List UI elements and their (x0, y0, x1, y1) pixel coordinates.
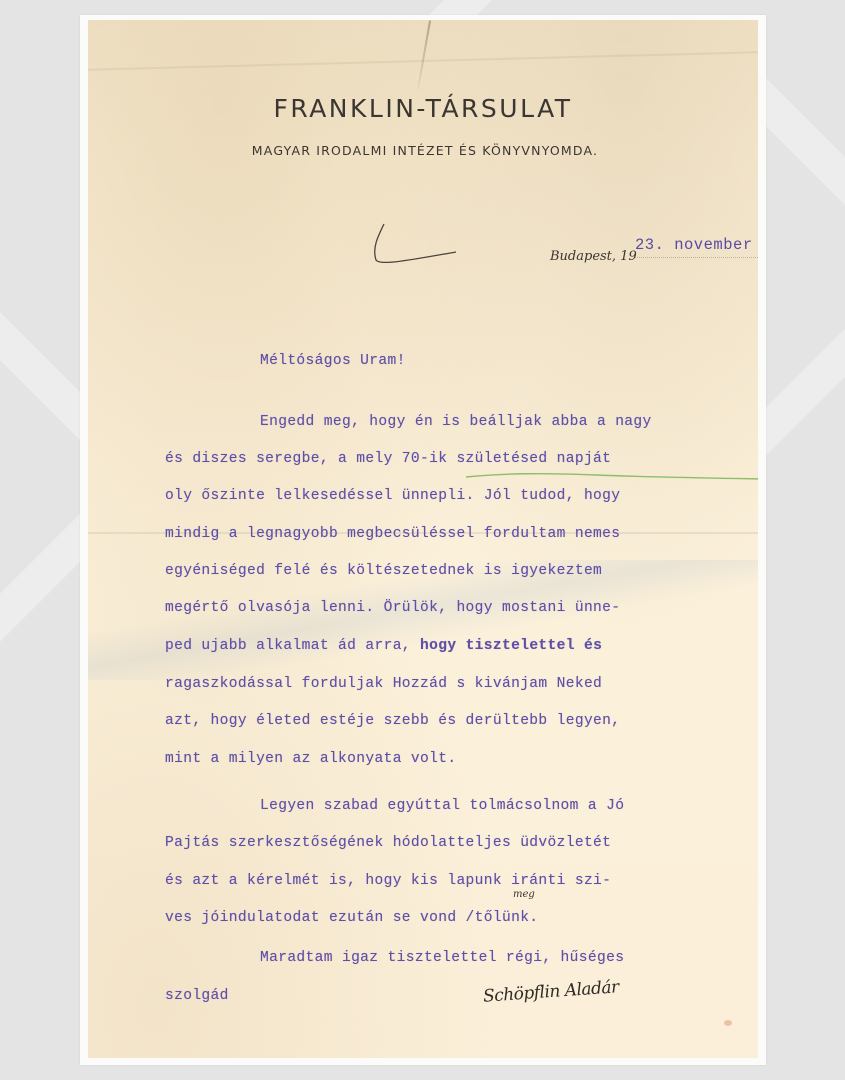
dateline-date: 23. november 5. (635, 236, 758, 254)
letterhead-subtitle: MAGYAR IRODALMI INTÉZET ÉS KÖNYVNYOMDA. (88, 143, 758, 158)
letter-line-6: megértő olvasója lenni. Örülök, hogy mos… (165, 600, 755, 616)
green-underline (466, 472, 758, 480)
letter-line-7: ped ujabb alkalmat ád arra, hogy tisztel… (165, 638, 755, 654)
closing-signoff: szolgád (165, 988, 755, 1004)
paper-stain (724, 1020, 732, 1026)
letter-line-1: Engedd meg, hogy én is beálljak abba a n… (260, 414, 758, 430)
letter-line-14: ves jóindulatodat ezután se vond /tőlünk… (165, 910, 755, 926)
letter-line-3: oly őszinte lelkesedéssel ünnepli. Jól t… (165, 488, 755, 504)
letter-line-5: egyéniséged felé és költészetednek is ig… (165, 563, 755, 579)
letter-line-4: mindig a legnagyobb megbecsüléssel fordu… (165, 526, 755, 542)
dateline-place: Budapest, 19 (550, 249, 637, 264)
letter-line-7-bold: hogy tisztelettel és (411, 638, 602, 654)
letter-paper: FRANKLIN-TÁRSULAT MAGYAR IRODALMI INTÉZE… (88, 20, 758, 1058)
paper-tear (417, 20, 431, 89)
dateline-dotted-rule (635, 257, 758, 258)
handwritten-insertion: meg (513, 889, 535, 900)
letterhead-title: FRANKLIN-TÁRSULAT (88, 94, 758, 123)
salutation: Méltóságos Uram! (260, 353, 758, 369)
dateline: Budapest, 19 23. november 5. (460, 230, 758, 260)
letter-line-12: Pajtás szerkesztőségének hódolatteljes ü… (165, 835, 755, 851)
letter-line-8: ragaszkodással forduljak Hozzád s kivánj… (165, 676, 755, 692)
closing-line: Maradtam igaz tisztelettel régi, hűséges (260, 950, 758, 966)
letter-line-2: és diszes seregbe, a mely 70-ik születés… (165, 451, 755, 467)
letter-line-9: azt, hogy életed estéje szebb és derülte… (165, 713, 755, 729)
letter-line-13: és azt a kérelmét is, hogy kis lapunk ir… (165, 873, 755, 889)
letter-line-7-plain: ped ujabb alkalmat ád arra, (165, 638, 411, 654)
pen-flourish-icon (370, 222, 460, 267)
letter-line-11: Legyen szabad egyúttal tolmácsolnom a Jó (260, 798, 758, 814)
letter-line-10: mint a milyen az alkonyata volt. (165, 751, 755, 767)
